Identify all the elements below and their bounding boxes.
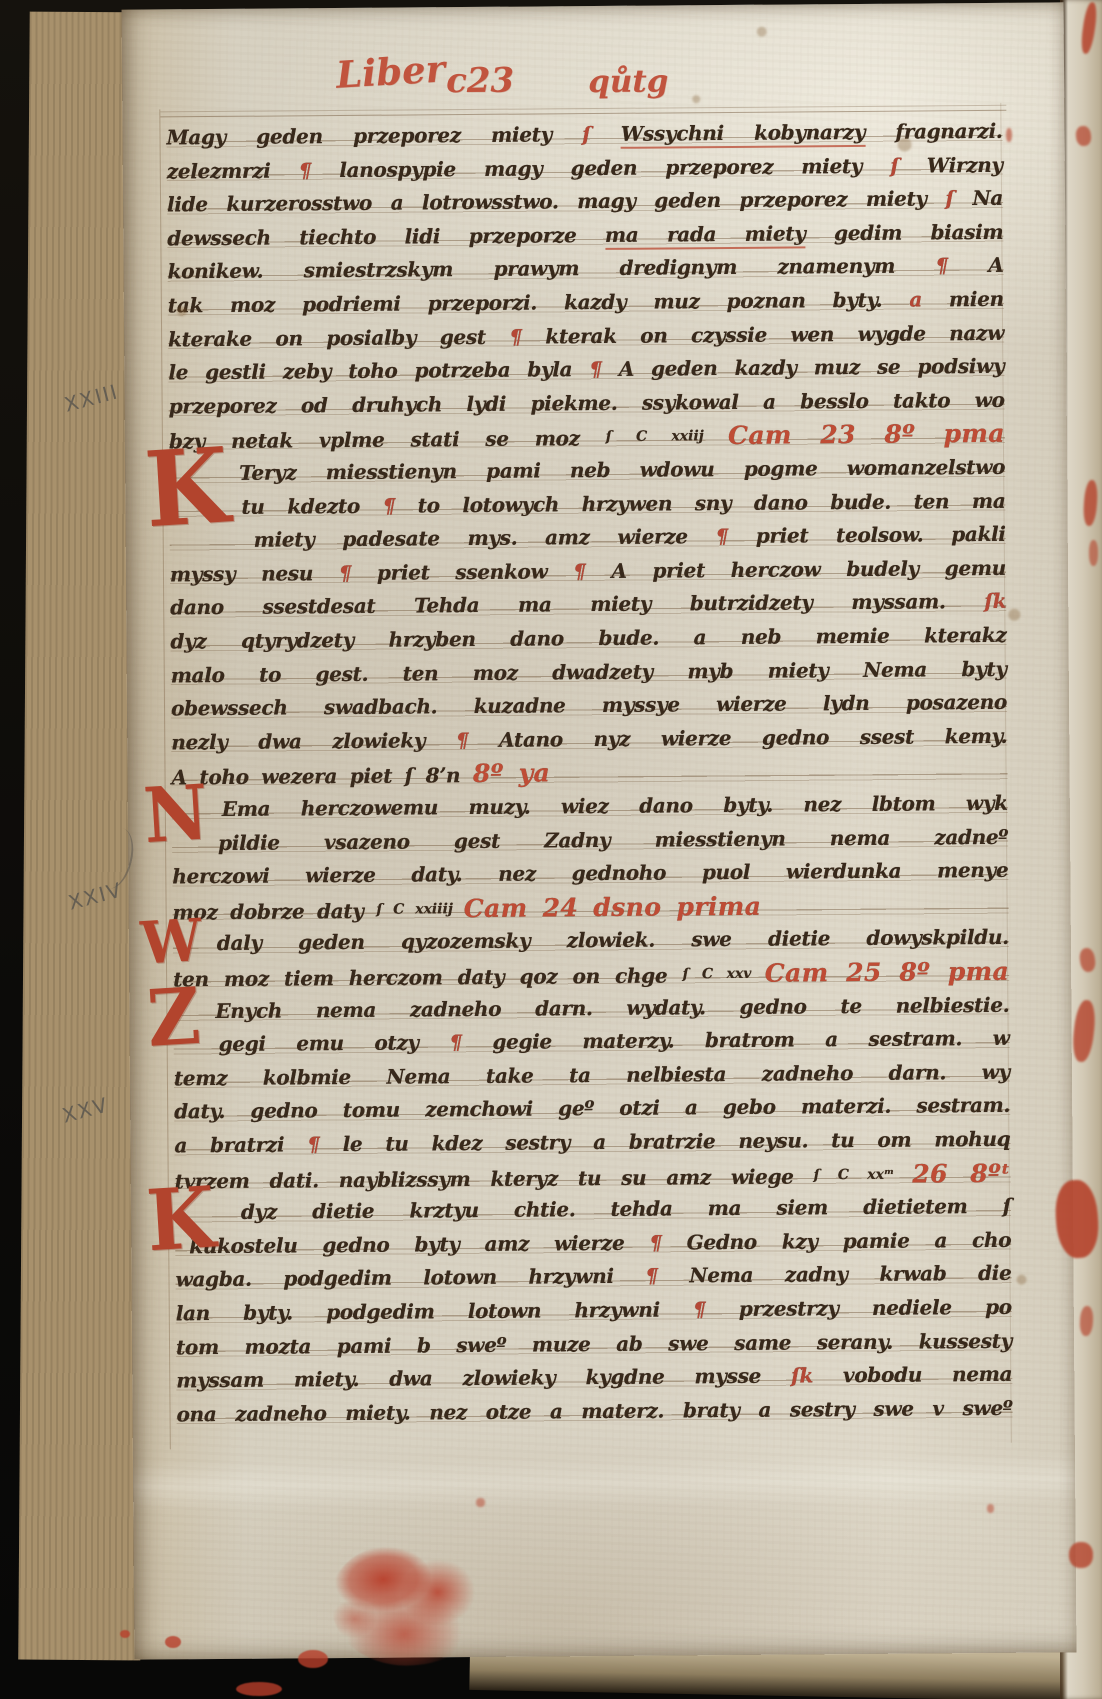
text-segment: pildie vsazeno gest Zadny miesstienyn ne… <box>218 824 1008 854</box>
rubric-mark: ¶ <box>383 493 418 517</box>
text-segment: ſ C xxᵐ <box>814 1166 913 1183</box>
text-segment: kterak on czyssie wen wygde nazw <box>545 320 1004 348</box>
red-initial-w: W <box>139 916 202 967</box>
rubric-mark: ¶ <box>589 357 619 381</box>
text-segment: le gestli zeby toho potrzeba byla <box>168 357 589 384</box>
text-segment: nezly dwa zlowieky <box>171 728 456 754</box>
text-segment: temz kolbmie Nema take ta nelbiesta zadn… <box>174 1060 1010 1091</box>
text-segment: moz dobrze daty <box>173 899 377 925</box>
rubric-mark: ſk <box>984 589 1006 613</box>
text-segment: tom mozta pami b sweº muze ab swe same s… <box>176 1328 1012 1359</box>
text-line: ona zadneho miety. nez otze a materz. br… <box>176 1392 1012 1432</box>
text-segment: gegie materzy. bratrom a sestram. w <box>492 1026 1009 1054</box>
text-segment: ona zadneho miety. nez otze a materz. br… <box>176 1396 1012 1427</box>
text-segment: miety padesate mys. amz wierze <box>254 524 716 552</box>
rubric-mark: ¶ <box>307 1132 343 1156</box>
text-segment: lanospypie magy geden przeporez miety <box>339 153 890 181</box>
text-segment: tak moz podriemi przeporzi. kazdy muz po… <box>168 288 910 318</box>
text-segment: ten moz tiem herczom daty qoz on chge <box>173 963 683 991</box>
red-initial-k: K <box>143 444 231 534</box>
text-segment: kukostelu gedno byty amz wierze <box>189 1230 649 1258</box>
text-segment: a bratrzi <box>174 1132 307 1157</box>
text-line: herczowi wierze daty. nez gednoho puol w… <box>172 854 1008 894</box>
rubric-heading: 8º ya <box>473 759 551 789</box>
text-segment: ſ C xxiij <box>606 428 728 445</box>
text-block: Magy geden przeporez miety ſ Wssychni ko… <box>166 115 1012 1444</box>
text-segment: dyz dietie krztyu chtie. tehda ma siem d… <box>241 1194 1011 1224</box>
text-segment: priet teolsow. pakli <box>756 522 1006 548</box>
running-title-liber: Liber <box>335 46 446 96</box>
red-stain-dot <box>298 1650 328 1668</box>
text-line: nezly dwa zlowieky ¶ Atano nyz wierze ge… <box>171 720 1007 760</box>
foxing-spot <box>1016 1275 1026 1285</box>
rubric-mark: ¶ <box>649 1230 687 1254</box>
rubric-mark: ¶ <box>339 561 377 585</box>
red-bleed-mark <box>476 1498 485 1507</box>
rubric-mark: ¶ <box>645 1264 689 1288</box>
text-segment: dyz qtyrydzety hrzyben dano bude. a neb … <box>170 623 1006 654</box>
foxing-spot <box>692 95 700 103</box>
rubric-mark: ſ <box>945 186 972 210</box>
text-segment: Enych nema zadneho darn. wydaty. gedno t… <box>215 992 1009 1022</box>
text-segment: A geden kazdy muz se podsiwy <box>619 354 1005 381</box>
red-initial-k: K <box>145 1184 217 1257</box>
rubric-heading: Cam 23 8º pma <box>728 419 1005 450</box>
text-segment: kterake on posialby gest <box>168 324 509 351</box>
text-segment: A toho wezera piet ſ 8ʼn <box>171 763 473 789</box>
text-segment: lide kurzerosstwo a lotrowsstwo. magy ge… <box>167 186 946 216</box>
text-segment: A priet herczow budely gemu <box>611 556 1006 583</box>
text-segment: zelezmrzi <box>167 158 299 183</box>
red-bleed-mark <box>1006 128 1012 142</box>
text-segment: to lotowych hrzywen sny dano bude. ten m… <box>418 488 1006 517</box>
text-segment: ſ C xxiiij <box>376 901 464 918</box>
rubric-mark: ¶ <box>449 1030 492 1054</box>
text-segment: dano ssestdesat Tehda ma miety butrzidze… <box>170 589 984 619</box>
rubric-mark: ¶ <box>693 1297 739 1321</box>
text-segment: Ema herczowemu muzy. wiez dano byty. nez… <box>222 791 1008 821</box>
rubric-mark: ¶ <box>935 253 988 277</box>
text-segment: malo to gest. ten moz dwadzety myb miety… <box>171 656 1007 687</box>
manuscript-page: Liber c23 qůtg Magy geden przeporez miet… <box>122 2 1077 1659</box>
text-segment: lan byty. podgedim lotown hrzywni <box>176 1297 694 1325</box>
text-segment: bzy netak vplme stati se moz <box>169 426 606 453</box>
text-segment: Nema zadny krwab die <box>689 1261 1011 1288</box>
red-initial-n: N <box>142 781 210 847</box>
rubric-heading: Cam 25 8º pma <box>765 957 1010 988</box>
rubric-heading: Cam 24 dsno prima <box>464 892 762 923</box>
text-segment: ſ C xxv <box>682 966 764 983</box>
red-ink-stain <box>328 1538 489 1671</box>
rubric-mark: ¶ <box>573 559 611 583</box>
foxing-spot <box>1008 609 1020 621</box>
text-segment: daty. gedno tomu zemchowi geº otzi a geb… <box>174 1093 1010 1124</box>
rubric-mark: ſ <box>582 122 621 146</box>
red-bleed-mark <box>987 1504 994 1513</box>
text-segment: dewssech tiechto lidi przeporze <box>167 223 605 250</box>
text-segment: le tu kdez sestry a bratrzie neysu. tu o… <box>343 1127 1011 1156</box>
text-segment: Gedno kzy pamie a cho <box>687 1228 1012 1255</box>
red-stain-dot <box>120 1630 130 1638</box>
text-segment: wagba. podgedim lotown hrzywni <box>175 1264 645 1292</box>
text-segment: Teryz miesstienyn pami neb wdowu pogme w… <box>239 455 1005 485</box>
rubric-mark: ſ <box>890 153 927 177</box>
text-segment: myssy nesu <box>170 561 339 586</box>
text-segment: myssam miety. dwa zlowieky kygdne mysse <box>176 1364 791 1393</box>
text-segment: gedim biasim <box>805 220 1003 246</box>
text-segment: Na <box>972 186 1003 210</box>
red-bleed-mark <box>1069 1542 1093 1568</box>
rubric-heading: 26 8ºᵗ <box>912 1158 1011 1188</box>
text-segment: A <box>988 253 1003 277</box>
rubric-mark: ¶ <box>715 524 755 548</box>
foxing-spot <box>898 138 912 152</box>
text-line: A toho wezera piet ſ 8ʼn 8º ya <box>171 757 550 794</box>
text-segment: przestrzy nediele po <box>739 1295 1012 1321</box>
text-segment: tvrzem dati. nayblizssym kteryz tu su am… <box>175 1164 814 1193</box>
text-segment: przeporez od druhych lydi piekme. ssykow… <box>169 388 1005 419</box>
rubric-mark: a <box>909 287 949 311</box>
text-segment: priet ssenkow <box>377 559 573 585</box>
running-title-book: qůtg <box>588 63 668 100</box>
red-stain-dot <box>165 1636 181 1648</box>
text-segment: vobodu nema <box>843 1362 1012 1387</box>
text-segment: Wirzny <box>927 152 1003 177</box>
text-segment: mien <box>949 287 1004 311</box>
rubric-mark: ſk <box>791 1363 843 1387</box>
red-initial-z: Z <box>146 983 202 1050</box>
rubric-mark: ¶ <box>509 324 545 348</box>
text-line: moz dobrze daty ſ C xxiiij Cam 24 dsno p… <box>172 890 761 928</box>
manuscript-photo: Liber c23 qůtg Magy geden przeporez miet… <box>0 0 1102 1699</box>
red-stain-dot <box>236 1682 282 1696</box>
text-segment: daly geden qyzozemsky zlowiek. swe dieti… <box>217 925 1009 955</box>
text-segment: gegi emu otzy <box>219 1030 450 1056</box>
red-bleed-mark <box>1089 540 1098 566</box>
rubric-mark: ¶ <box>299 158 340 182</box>
text-segment: konikew. smiestrzskym prawym dredignym z… <box>168 254 936 284</box>
text-segment: Atano nyz wierze gedno ssest kemy. <box>499 724 1007 752</box>
text-segment: ma rada miety <box>605 221 806 250</box>
text-segment: obewssech swadbach. kuzadne myssye wierz… <box>171 690 1007 721</box>
running-title-chapter: c23 <box>446 61 514 102</box>
text-segment: tu kdezto <box>241 493 382 518</box>
foxing-spot <box>757 27 767 37</box>
text-segment: Magy geden przeporez miety <box>166 122 582 149</box>
text-segment: fragnarzi. <box>865 119 1002 144</box>
text-segment: Wssychni kobynarzy <box>621 120 866 149</box>
foxing-spot <box>177 306 187 316</box>
text-segment: herczowi wierze daty. nez gednoho puol w… <box>172 858 1008 889</box>
rubric-mark: ¶ <box>456 728 499 752</box>
